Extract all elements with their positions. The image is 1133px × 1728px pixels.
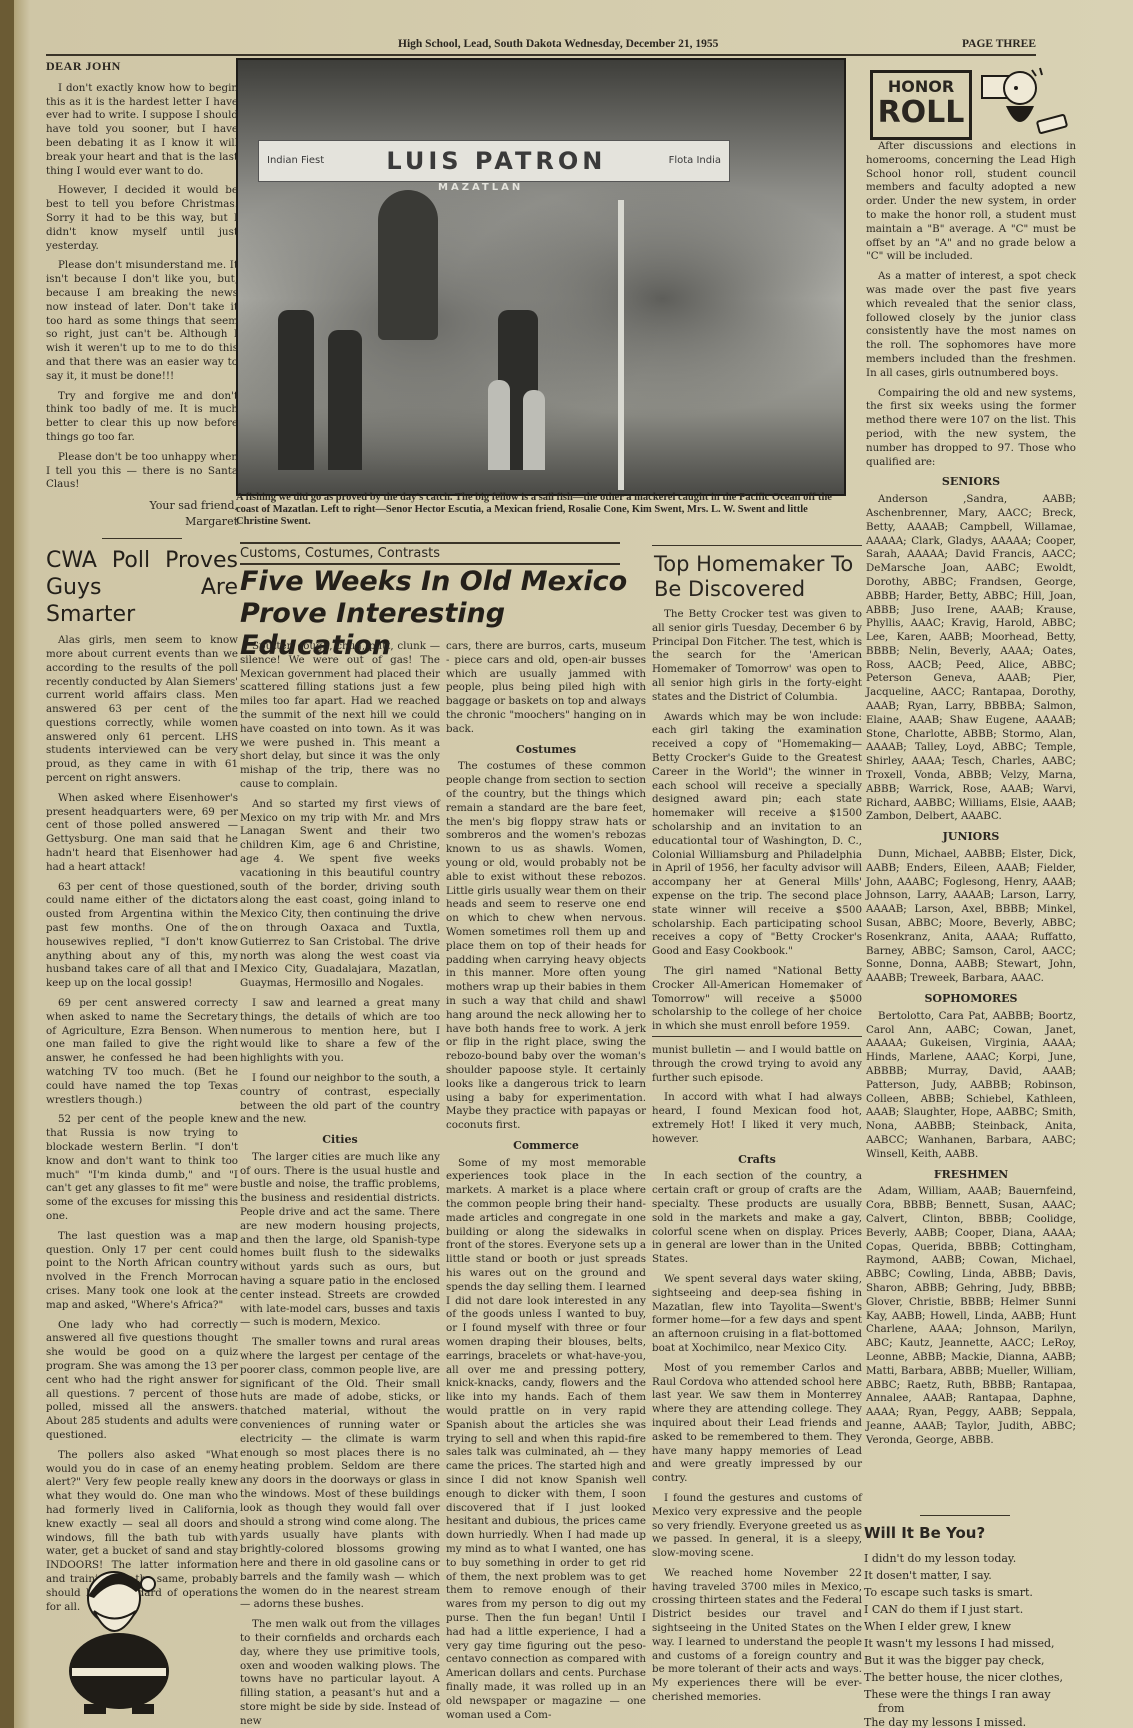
- divider: [652, 545, 862, 546]
- paragraph: One lady who had correctly answered all …: [46, 1319, 238, 1443]
- class-label-freshmen: FRESHMEN: [866, 1168, 1076, 1182]
- paragraph: The Betty Crocker test was given to all …: [652, 608, 862, 705]
- child-figure: [488, 380, 510, 470]
- poem-line: But it was the bigger pay check,: [864, 1652, 1084, 1669]
- newspaper-page: High School, Lead, South Dakota Wednesda…: [0, 0, 1133, 1728]
- paragraph: Try and forgive me and don't think too b…: [46, 390, 238, 445]
- paragraph: The smaller towns and rural areas where …: [240, 1336, 440, 1612]
- poem-line: The better house, the nicer clothes,: [864, 1669, 1084, 1686]
- sign-post: [618, 200, 624, 490]
- poem-line: The day my lessons I missed.: [864, 1714, 1084, 1728]
- paragraph: Some of my most memorable experiences to…: [446, 1157, 646, 1723]
- paragraph: In each section of the country, a certai…: [652, 1170, 862, 1267]
- homemaker-headline: Top Homemaker To Be Discovered: [654, 552, 866, 602]
- paragraph: 52 per cent of the people knew that Russ…: [46, 1113, 238, 1223]
- paragraph: Compairing the old and new systems, the …: [866, 387, 1076, 470]
- paragraph: Most of you remember Carlos and Raul Cor…: [652, 1362, 862, 1486]
- paragraph: We reached home November 22 having trave…: [652, 1567, 862, 1705]
- paragraph: When asked where Eisenhower's present he…: [46, 792, 238, 875]
- dateline: High School, Lead, South Dakota Wednesda…: [398, 38, 718, 50]
- mexico-col-3: munist bulletin — and I would battle on …: [652, 1044, 862, 1711]
- subhead-commerce: Commerce: [446, 1139, 646, 1153]
- photo-caption: A fishing we did go as proved by the day…: [236, 492, 842, 528]
- paragraph: Please don't be too unhappy when I tell …: [46, 451, 238, 492]
- student-with-books-icon: [972, 66, 1072, 140]
- child-figure: [523, 390, 545, 470]
- poem-body: I didn't do my lesson today. It dosen't …: [864, 1550, 1084, 1728]
- class-name-list: Bertolotto, Cara Pat, AABBB; Boortz, Car…: [866, 1010, 1076, 1162]
- paragraph: We spent several days water skiing, sigh…: [652, 1273, 862, 1356]
- page-binding-edge: [0, 0, 14, 1728]
- paragraph: 63 per cent of those questioned, could n…: [46, 881, 238, 991]
- person-figure: [328, 330, 362, 470]
- subhead-costumes: Costumes: [446, 743, 646, 757]
- paragraph: The costumes of these common people chan…: [446, 760, 646, 1133]
- poem-line: It dosen't matter, I say.: [864, 1567, 1084, 1584]
- signature: Margaret: [46, 514, 238, 530]
- paragraph: After discussions and elections in homer…: [866, 140, 1076, 264]
- poem-line: I CAN do them if I just start.: [864, 1601, 1084, 1618]
- person-figure: [278, 310, 314, 470]
- dear-john-article: DEAR JOHN I don't exactly know how to be…: [46, 60, 238, 1620]
- photo-sign: Indian Fiest LUIS PATRON Flota India: [258, 140, 730, 182]
- cwa-poll-headline: CWA Poll Proves Guys Are Smarter: [46, 547, 238, 628]
- paragraph: I don't exactly know how to begin this a…: [46, 82, 238, 179]
- poem-line: These were the things I ran away: [864, 1686, 1084, 1703]
- poem-line: To escape such tasks is smart.: [864, 1584, 1084, 1601]
- poem-title: Will It Be You?: [864, 1524, 985, 1542]
- paragraph: munist bulletin — and I would battle on …: [652, 1044, 862, 1085]
- paragraph: The last question was a map question. On…: [46, 1230, 238, 1313]
- honor-roll-logo: HONOR ROLL: [870, 70, 972, 140]
- paragraph: Sputter, cough, chug, putt, clunk — sile…: [240, 640, 440, 792]
- class-label-sophomores: SOPHOMORES: [866, 992, 1076, 1006]
- poem-line: When I elder grew, I knew: [864, 1618, 1084, 1635]
- honor-roll-article: After discussions and elections in homer…: [866, 140, 1076, 1454]
- paragraph: Awards which may be won include: each gi…: [652, 711, 862, 959]
- masthead: High School, Lead, South Dakota Wednesda…: [46, 36, 1036, 56]
- paragraph: cars, there are burros, carts, museum - …: [446, 640, 646, 737]
- divider: [920, 1515, 1010, 1516]
- class-name-list: Anderson ,Sandra, AABB; Aschenbrenner, M…: [866, 493, 1076, 824]
- santa-illustration-icon: [44, 1556, 194, 1716]
- paragraph: Alas girls, men seem to know more about …: [46, 634, 238, 786]
- mexico-kicker: Customs, Costumes, Contrasts: [240, 542, 620, 565]
- class-name-list: Dunn, Michael, AABBB; Elster, Dick, AABB…: [866, 848, 1076, 986]
- divider: [102, 538, 182, 539]
- class-label-juniors: JUNIORS: [866, 830, 1076, 844]
- paragraph: I saw and learned a great many things, t…: [240, 997, 440, 1066]
- sailfish: [378, 190, 438, 340]
- subhead-cities: Cities: [240, 1133, 440, 1147]
- paragraph: However, I decided it would be best to t…: [46, 184, 238, 253]
- poem-line: I didn't do my lesson today.: [864, 1550, 1084, 1567]
- paragraph: 69 per cent answered correcty when asked…: [46, 997, 238, 1107]
- page-number: PAGE THREE: [962, 38, 1036, 50]
- closing: Your sad friend,: [46, 498, 238, 514]
- paragraph: As a matter of interest, a spot check wa…: [866, 270, 1076, 380]
- mexico-col-1: Sputter, cough, chug, putt, clunk — sile…: [240, 640, 440, 1728]
- divider: [652, 1036, 862, 1037]
- paragraph: I found the gestures and customs of Mexi…: [652, 1492, 862, 1561]
- mexico-photo: Indian Fiest LUIS PATRON Flota India MAZ…: [236, 58, 846, 496]
- paragraph: The larger cities are much like any of o…: [240, 1151, 440, 1330]
- poem-line: from: [864, 1703, 1084, 1714]
- paragraph: I found our neighbor to the south, a cou…: [240, 1072, 440, 1127]
- dear-john-kicker: DEAR JOHN: [46, 60, 238, 74]
- paragraph: Please don't misunderstand me. It isn't …: [46, 259, 238, 383]
- subhead-crafts: Crafts: [652, 1153, 862, 1167]
- paragraph: And so started my first views of Mexico …: [240, 798, 440, 991]
- class-label-seniors: SENIORS: [866, 475, 1076, 489]
- paragraph: In accord with what I had always heard, …: [652, 1091, 862, 1146]
- poem-line: It wasn't my lessons I had missed,: [864, 1635, 1084, 1652]
- homemaker-article: The Betty Crocker test was given to all …: [652, 608, 862, 1040]
- paragraph: The girl named "National Betty Crocker A…: [652, 965, 862, 1034]
- paragraph: The men walk out from the villages to th…: [240, 1618, 440, 1728]
- mexico-col-2: cars, there are burros, carts, museum - …: [446, 640, 646, 1728]
- class-name-list: Adam, William, AAAB; Bauernfeind, Cora, …: [866, 1185, 1076, 1447]
